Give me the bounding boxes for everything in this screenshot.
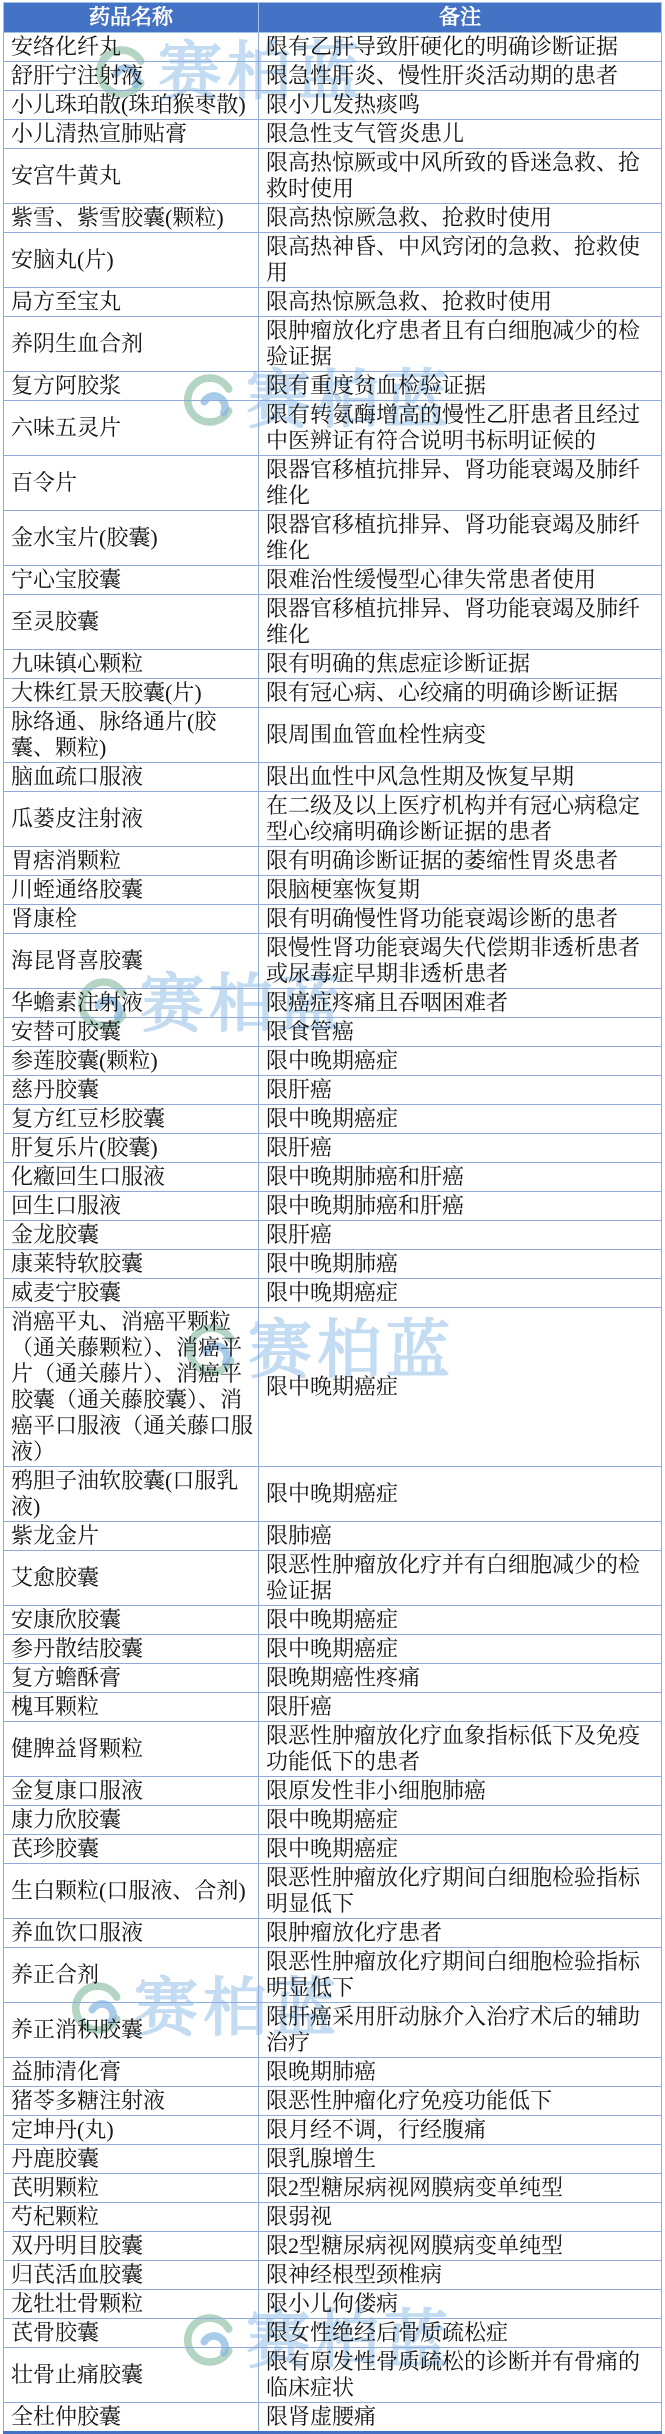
table-row: 九味镇心颗粒 限有明确的焦虑症诊断证据 [4,650,662,679]
note-cell: 限有明确的焦虑症诊断证据 [259,650,662,679]
table-row: 壮骨止痛胶囊 限有原发性骨质疏松的诊断并有骨痛的临床症状 [4,2348,662,2403]
drug-name-cell: 健脾益肾颗粒 [4,1722,259,1777]
note-cell: 限弱视 [259,2203,662,2232]
note-cell: 限中晚期癌症 [259,1835,662,1864]
note-cell: 限女性绝经后骨质疏松症 [259,2319,662,2348]
drug-name-cell: 龙牡壮骨颗粒 [4,2290,259,2319]
note-cell: 限中晚期肺癌 [259,1250,662,1279]
note-cell: 限有原发性骨质疏松的诊断并有骨痛的临床症状 [259,2348,662,2403]
table-row: 小儿清热宣肺贴膏 限急性支气管炎患儿 [4,120,662,149]
note-cell: 限恶性肿瘤放化疗期间白细胞检验指标明显低下 [259,1948,662,2003]
drug-name-cell: 胃痞消颗粒 [4,847,259,876]
note-cell: 限中晚期癌症 [259,1308,662,1467]
note-cell: 限肿瘤放化疗患者且有白细胞减少的检验证据 [259,317,662,372]
drug-name-cell: 紫龙金片 [4,1522,259,1551]
table-row: 养血饮口服液 限肿瘤放化疗患者 [4,1919,662,1948]
table-row: 益肺清化膏 限晚期肺癌 [4,2058,662,2087]
drug-name-cell: 鸦胆子油软胶囊(口服乳液) [4,1467,259,1522]
note-cell: 限肝癌 [259,1693,662,1722]
drug-name-cell: 小儿珠珀散(珠珀猴枣散) [4,91,259,120]
drug-name-cell: 化癥回生口服液 [4,1163,259,1192]
drug-name-cell: 威麦宁胶囊 [4,1279,259,1308]
note-cell: 限原发性非小细胞肺癌 [259,1777,662,1806]
table-row: 养正合剂 限恶性肿瘤放化疗期间白细胞检验指标明显低下 [4,1948,662,2003]
note-cell: 限有乙肝导致肝硬化的明确诊断证据 [259,33,662,62]
table-row: 慈丹胶囊 限肝癌 [4,1076,662,1105]
drug-name-cell: 槐耳颗粒 [4,1693,259,1722]
drug-name-cell: 百令片 [4,456,259,511]
note-cell: 限月经不调，行经腹痛 [259,2116,662,2145]
table-row: 安脑丸(片) 限高热神昏、中风窍闭的急救、抢救使用 [4,233,662,288]
table-row: 大株红景天胶囊(片) 限有冠心病、心绞痛的明确诊断证据 [4,679,662,708]
table-row: 小儿珠珀散(珠珀猴枣散) 限小儿发热痰鸣 [4,91,662,120]
note-cell: 限脑梗塞恢复期 [259,876,662,905]
drug-name-cell: 川蛭通络胶囊 [4,876,259,905]
drug-name-cell: 芪珍胶囊 [4,1835,259,1864]
note-cell: 限癌症疼痛且吞咽困难者 [259,989,662,1018]
drug-name-cell: 金复康口服液 [4,1777,259,1806]
table-row: 安络化纤丸 限有乙肝导致肝硬化的明确诊断证据 [4,33,662,62]
table-row: 芪明颗粒 限2型糖尿病视网膜病变单纯型 [4,2174,662,2203]
note-cell: 限高热神昏、中风窍闭的急救、抢救使用 [259,233,662,288]
drug-name-cell: 宁心宝胶囊 [4,566,259,595]
table-row: 芪珍胶囊 限中晚期癌症 [4,1835,662,1864]
table-row: 复方红豆杉胶囊 限中晚期癌症 [4,1105,662,1134]
drug-name-cell: 安脑丸(片) [4,233,259,288]
table-row: 宁心宝胶囊 限难治性缓慢型心律失常患者使用 [4,566,662,595]
drug-name-cell: 海昆肾喜胶囊 [4,934,259,989]
drug-name-cell: 定坤丹(丸) [4,2116,259,2145]
table-row: 金复康口服液 限原发性非小细胞肺癌 [4,1777,662,1806]
table-row: 化癥回生口服液 限中晚期肺癌和肝癌 [4,1163,662,1192]
note-cell: 限小儿发热痰鸣 [259,91,662,120]
drug-name-cell: 金龙胶囊 [4,1221,259,1250]
table-row: 脑血疏口服液 限出血性中风急性期及恢复早期 [4,763,662,792]
drug-name-cell: 猪苓多糖注射液 [4,2087,259,2116]
table-row: 猪苓多糖注射液 限恶性肿瘤化疗免疫功能低下 [4,2087,662,2116]
table-row: 康莱特软胶囊 限中晚期肺癌 [4,1250,662,1279]
table-row: 局方至宝丸 限高热惊厥急救、抢救时使用 [4,288,662,317]
note-cell: 限急性肝炎、慢性肝炎活动期的患者 [259,62,662,91]
note-cell: 限肝癌 [259,1076,662,1105]
note-cell: 限难治性缓慢型心律失常患者使用 [259,566,662,595]
table-row: 鸦胆子油软胶囊(口服乳液) 限中晚期癌症 [4,1467,662,1522]
table-row: 艾愈胶囊 限恶性肿瘤放化疗并有白细胞减少的检验证据 [4,1551,662,1606]
drug-name-cell: 艾愈胶囊 [4,1551,259,1606]
drug-name-cell: 养正合剂 [4,1948,259,2003]
drug-name-cell: 芍杞颗粒 [4,2203,259,2232]
note-cell: 限中晚期癌症 [259,1047,662,1076]
table-row: 参丹散结胶囊 限中晚期癌症 [4,1635,662,1664]
drug-name-cell: 壮骨止痛胶囊 [4,2348,259,2403]
table-row: 康力欣胶囊 限中晚期癌症 [4,1806,662,1835]
drug-name-cell: 慈丹胶囊 [4,1076,259,1105]
drug-name-cell: 脑血疏口服液 [4,763,259,792]
note-cell: 限2型糖尿病视网膜病变单纯型 [259,2174,662,2203]
table-row: 至灵胶囊 限器官移植抗排异、肾功能衰竭及肺纤维化 [4,595,662,650]
table-row: 川蛭通络胶囊 限脑梗塞恢复期 [4,876,662,905]
drug-name-cell: 参莲胶囊(颗粒) [4,1047,259,1076]
note-cell: 限肺癌 [259,1522,662,1551]
note-cell: 限肝癌采用肝动脉介入治疗术后的辅助治疗 [259,2003,662,2058]
note-cell: 限出血性中风急性期及恢复早期 [259,763,662,792]
note-cell: 限有重度贫血检验证据 [259,372,662,401]
drug-name-cell: 生白颗粒(口服液、合剂) [4,1864,259,1919]
drug-name-cell: 回生口服液 [4,1192,259,1221]
note-cell: 限中晚期癌症 [259,1635,662,1664]
note-cell: 限肿瘤放化疗患者 [259,1919,662,1948]
table-row: 龙牡壮骨颗粒 限小儿佝偻病 [4,2290,662,2319]
note-cell: 限恶性肿瘤放化疗血象指标低下及免疫功能低下的患者 [259,1722,662,1777]
drug-name-cell: 小儿清热宣肺贴膏 [4,120,259,149]
note-cell: 限急性支气管炎患儿 [259,120,662,149]
document-page: 赛柏蓝 赛柏蓝 赛柏蓝 赛柏蓝 赛柏蓝 赛柏蓝 [0,0,665,2434]
drug-name-cell: 复方蟾酥膏 [4,1664,259,1693]
table-row: 复方蟾酥膏 限晚期癌性疼痛 [4,1664,662,1693]
column-header-note: 备注 [259,3,662,33]
drug-name-cell: 康力欣胶囊 [4,1806,259,1835]
note-cell: 限2型糖尿病视网膜病变单纯型 [259,2232,662,2261]
note-cell: 限恶性肿瘤放化疗期间白细胞检验指标明显低下 [259,1864,662,1919]
table-row: 芪骨胶囊 限女性绝经后骨质疏松症 [4,2319,662,2348]
table-row: 健脾益肾颗粒 限恶性肿瘤放化疗血象指标低下及免疫功能低下的患者 [4,1722,662,1777]
table-row: 回生口服液 限中晚期肺癌和肝癌 [4,1192,662,1221]
drug-name-cell: 全杜仲胶囊 [4,2403,259,2433]
note-cell: 限中晚期癌症 [259,1279,662,1308]
table-row: 瓜蒌皮注射液 在二级及以上医疗机构并有冠心病稳定型心绞痛明确诊断证据的患者 [4,792,662,847]
drug-name-cell: 安络化纤丸 [4,33,259,62]
table-row: 生白颗粒(口服液、合剂) 限恶性肿瘤放化疗期间白细胞检验指标明显低下 [4,1864,662,1919]
table-row: 海昆肾喜胶囊 限慢性肾功能衰竭失代偿期非透析患者或尿毒症早期非透析患者 [4,934,662,989]
note-cell: 限器官移植抗排异、肾功能衰竭及肺纤维化 [259,595,662,650]
note-cell: 限中晚期癌症 [259,1806,662,1835]
note-cell: 限有明确慢性肾功能衰竭诊断的患者 [259,905,662,934]
drug-name-cell: 芪骨胶囊 [4,2319,259,2348]
note-cell: 限肝癌 [259,1134,662,1163]
note-cell: 限晚期癌性疼痛 [259,1664,662,1693]
note-cell: 限有转氨酶增高的慢性乙肝患者且经过中医辨证有符合说明书标明证候的 [259,401,662,456]
note-cell: 限食管癌 [259,1018,662,1047]
note-cell: 限小儿佝偻病 [259,2290,662,2319]
note-cell: 限高热惊厥或中风所致的昏迷急救、抢救时使用 [259,149,662,204]
table-row: 安替可胶囊 限食管癌 [4,1018,662,1047]
note-cell: 限慢性肾功能衰竭失代偿期非透析患者或尿毒症早期非透析患者 [259,934,662,989]
drug-name-cell: 双丹明目胶囊 [4,2232,259,2261]
note-cell: 限乳腺增生 [259,2145,662,2174]
drug-name-cell: 安康欣胶囊 [4,1606,259,1635]
note-cell: 限中晚期肺癌和肝癌 [259,1192,662,1221]
table-row: 脉络通、脉络通片(胶囊、颗粒) 限周围血管血栓性病变 [4,708,662,763]
drug-name-cell: 肝复乐片(胶囊) [4,1134,259,1163]
note-cell: 限中晚期癌症 [259,1105,662,1134]
note-cell: 限高热惊厥急救、抢救时使用 [259,288,662,317]
note-cell: 限肝癌 [259,1221,662,1250]
note-cell: 在二级及以上医疗机构并有冠心病稳定型心绞痛明确诊断证据的患者 [259,792,662,847]
table-row: 胃痞消颗粒 限有明确诊断证据的萎缩性胃炎患者 [4,847,662,876]
note-cell: 限有明确诊断证据的萎缩性胃炎患者 [259,847,662,876]
table-row: 紫雪、紫雪胶囊(颗粒) 限高热惊厥急救、抢救时使用 [4,204,662,233]
table-row: 归芪活血胶囊 限神经根型颈椎病 [4,2261,662,2290]
drug-name-cell: 复方阿胶浆 [4,372,259,401]
drug-name-cell: 肾康栓 [4,905,259,934]
table-row: 全杜仲胶囊 限肾虚腰痛 [4,2403,662,2433]
drug-name-cell: 金水宝片(胶囊) [4,511,259,566]
table-row: 威麦宁胶囊 限中晚期癌症 [4,1279,662,1308]
drug-name-cell: 益肺清化膏 [4,2058,259,2087]
table-row: 槐耳颗粒 限肝癌 [4,1693,662,1722]
table-row: 复方阿胶浆 限有重度贫血检验证据 [4,372,662,401]
drug-name-cell: 芪明颗粒 [4,2174,259,2203]
table-row: 紫龙金片 限肺癌 [4,1522,662,1551]
drug-name-cell: 安替可胶囊 [4,1018,259,1047]
table-row: 养阴生血合剂 限肿瘤放化疗患者且有白细胞减少的检验证据 [4,317,662,372]
drug-name-cell: 养血饮口服液 [4,1919,259,1948]
drug-name-cell: 参丹散结胶囊 [4,1635,259,1664]
drug-name-cell: 消癌平丸、消癌平颗粒（通关藤颗粒）、消癌平片（通关藤片）、消癌平胶囊（通关藤胶囊… [4,1308,259,1467]
drug-name-cell: 九味镇心颗粒 [4,650,259,679]
note-cell: 限神经根型颈椎病 [259,2261,662,2290]
table-row: 芍杞颗粒 限弱视 [4,2203,662,2232]
note-cell: 限中晚期肺癌和肝癌 [259,1163,662,1192]
table-row: 安宫牛黄丸 限高热惊厥或中风所致的昏迷急救、抢救时使用 [4,149,662,204]
drug-name-cell: 康莱特软胶囊 [4,1250,259,1279]
table-row: 华蟾素注射液 限癌症疼痛且吞咽困难者 [4,989,662,1018]
drug-name-cell: 养阴生血合剂 [4,317,259,372]
table-row: 肝复乐片(胶囊) 限肝癌 [4,1134,662,1163]
drug-name-cell: 安宫牛黄丸 [4,149,259,204]
table-row: 丹鹿胶囊 限乳腺增生 [4,2145,662,2174]
drug-name-cell: 舒肝宁注射液 [4,62,259,91]
note-cell: 限器官移植抗排异、肾功能衰竭及肺纤维化 [259,511,662,566]
table-row: 定坤丹(丸) 限月经不调，行经腹痛 [4,2116,662,2145]
note-cell: 限高热惊厥急救、抢救时使用 [259,204,662,233]
drug-name-cell: 脉络通、脉络通片(胶囊、颗粒) [4,708,259,763]
column-header-drug-name: 药品名称 [4,3,259,33]
drug-restriction-table: 药品名称 备注 安络化纤丸 限有乙肝导致肝硬化的明确诊断证据 舒肝宁注射液 限急… [3,2,662,2434]
table-row: 百令片 限器官移植抗排异、肾功能衰竭及肺纤维化 [4,456,662,511]
note-cell: 限肾虚腰痛 [259,2403,662,2433]
note-cell: 限中晚期癌症 [259,1606,662,1635]
table-row: 六味五灵片 限有转氨酶增高的慢性乙肝患者且经过中医辨证有符合说明书标明证候的 [4,401,662,456]
table-row: 肾康栓 限有明确慢性肾功能衰竭诊断的患者 [4,905,662,934]
drug-name-cell: 大株红景天胶囊(片) [4,679,259,708]
drug-name-cell: 复方红豆杉胶囊 [4,1105,259,1134]
drug-name-cell: 归芪活血胶囊 [4,2261,259,2290]
table-row: 参莲胶囊(颗粒) 限中晚期癌症 [4,1047,662,1076]
note-cell: 限周围血管血栓性病变 [259,708,662,763]
drug-name-cell: 养正消积胶囊 [4,2003,259,2058]
note-cell: 限中晚期癌症 [259,1467,662,1522]
drug-name-cell: 至灵胶囊 [4,595,259,650]
drug-name-cell: 局方至宝丸 [4,288,259,317]
drug-name-cell: 紫雪、紫雪胶囊(颗粒) [4,204,259,233]
note-cell: 限有冠心病、心绞痛的明确诊断证据 [259,679,662,708]
drug-name-cell: 六味五灵片 [4,401,259,456]
table-row: 养正消积胶囊 限肝癌采用肝动脉介入治疗术后的辅助治疗 [4,2003,662,2058]
note-cell: 限恶性肿瘤放化疗并有白细胞减少的检验证据 [259,1551,662,1606]
table-row: 双丹明目胶囊 限2型糖尿病视网膜病变单纯型 [4,2232,662,2261]
note-cell: 限器官移植抗排异、肾功能衰竭及肺纤维化 [259,456,662,511]
drug-name-cell: 丹鹿胶囊 [4,2145,259,2174]
table-row: 舒肝宁注射液 限急性肝炎、慢性肝炎活动期的患者 [4,62,662,91]
note-cell: 限晚期肺癌 [259,2058,662,2087]
drug-name-cell: 华蟾素注射液 [4,989,259,1018]
note-cell: 限恶性肿瘤化疗免疫功能低下 [259,2087,662,2116]
table-row: 金龙胶囊 限肝癌 [4,1221,662,1250]
drug-name-cell: 瓜蒌皮注射液 [4,792,259,847]
table-row: 金水宝片(胶囊) 限器官移植抗排异、肾功能衰竭及肺纤维化 [4,511,662,566]
table-row: 消癌平丸、消癌平颗粒（通关藤颗粒）、消癌平片（通关藤片）、消癌平胶囊（通关藤胶囊… [4,1308,662,1467]
table-row: 安康欣胶囊 限中晚期癌症 [4,1606,662,1635]
table-header-row: 药品名称 备注 [4,3,662,33]
